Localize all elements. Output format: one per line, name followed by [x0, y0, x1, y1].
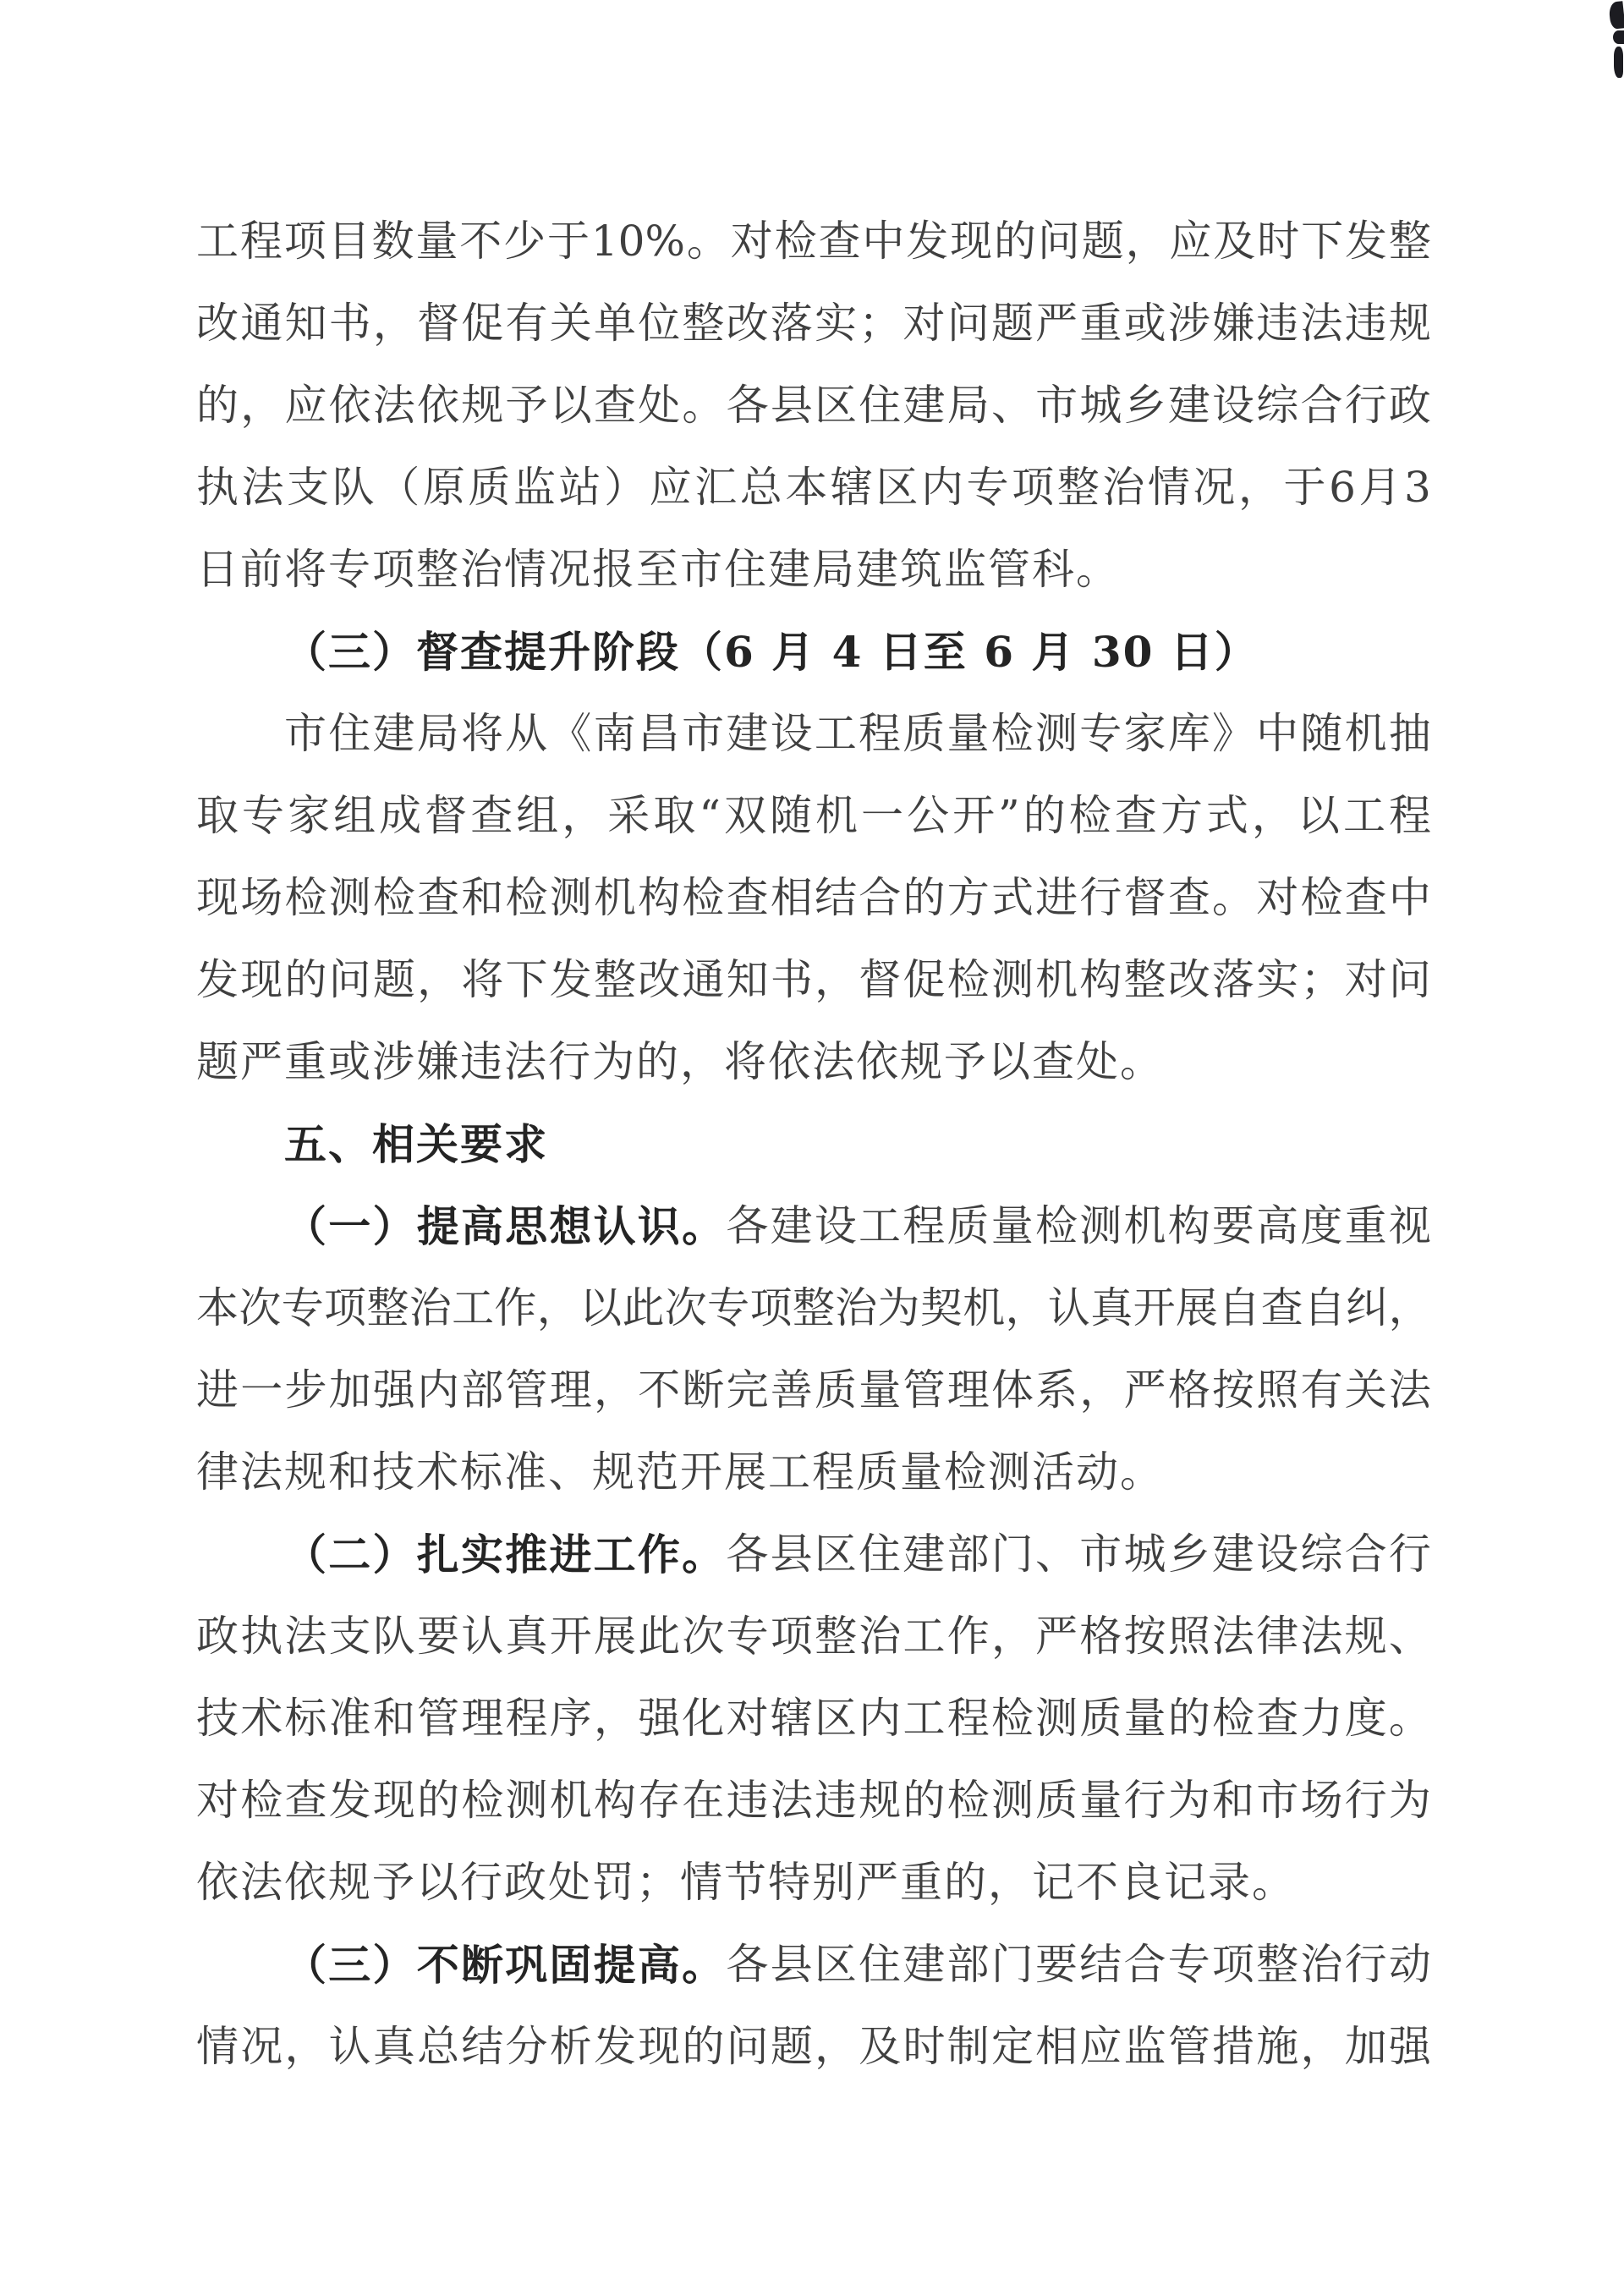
body-text-segment: 的 [196, 365, 239, 447]
body-text-segment: 的 [682, 2006, 724, 2088]
body-text-segment: 在 [682, 1760, 724, 1842]
body-text-segment: 律法规和技术标准、规范开展工程质量检测活动。 [196, 1447, 1164, 1497]
body-text-segment: 机 [1123, 1185, 1166, 1267]
ink-blob-icon [1613, 30, 1624, 44]
ink-smudge-artifact [1605, 0, 1624, 85]
body-text-segment: 通 [240, 283, 283, 365]
body-text-segment: 和 [1212, 1760, 1254, 1842]
body-text-segment: 项 [1012, 447, 1054, 529]
body-text-segment: （ [377, 447, 420, 529]
body-text-segment: 一 [861, 775, 903, 857]
body-text-segment: 项 [749, 1267, 792, 1349]
body-text-segment: 工 [1343, 775, 1385, 857]
body-text-segment: 管 [903, 1349, 946, 1431]
body-text-segment: 市 [1035, 365, 1078, 447]
body-text-segment: 高 [1256, 1185, 1298, 1267]
body-text-segment: 律 [1256, 1596, 1298, 1678]
body-text-segment: 查 [819, 200, 861, 283]
body-text-segment: 的 [1168, 1678, 1210, 1760]
body-text-segment: 将 [461, 939, 503, 1021]
body-text-segment: 要 [1035, 1924, 1078, 2006]
body-text-segment: 的 [994, 200, 1036, 283]
body-text-segment: 实 [815, 283, 857, 365]
body-text-segment: 中 [1256, 693, 1298, 775]
body-text-segment: 和 [461, 857, 503, 939]
body-text-segment: 量 [859, 1349, 901, 1431]
body-text-segment: 治 [859, 1596, 901, 1678]
body-text-segment: 县 [771, 365, 813, 447]
body-text-segment: ， [991, 1596, 1034, 1678]
body-text-segment: 题 [991, 283, 1034, 365]
body-text-segment: 住 [328, 693, 370, 775]
bold-text-segment: （ [284, 1924, 326, 2006]
body-text-segment: 善 [771, 1349, 813, 1431]
body-text-segment: 改 [638, 939, 680, 1021]
body-text-segment: 现 [196, 857, 239, 939]
text-line: （三）督查提升阶段（6 月 4 日至 6 月 30 日） [196, 611, 1431, 693]
body-text-segment: 此 [638, 1596, 680, 1678]
body-text-segment: 断 [682, 1349, 724, 1431]
body-text-segment: 违 [727, 1760, 769, 1842]
body-text-segment: 区 [815, 1678, 857, 1760]
body-text-segment: 机 [963, 1267, 1005, 1349]
body-text-segment: 对 [903, 283, 946, 365]
body-text-segment: 行 [1389, 1513, 1431, 1596]
body-text-segment: 题 [373, 939, 415, 1021]
body-text-segment: 查 [1261, 1267, 1303, 1349]
body-text-segment: 项 [284, 200, 326, 283]
body-text-segment: 质 [1035, 1760, 1078, 1842]
body-text-segment: 工 [815, 693, 857, 775]
body-text-segment: 关 [1345, 1349, 1387, 1431]
body-text-segment: 况 [1193, 447, 1235, 529]
body-text-segment: 取 [653, 775, 695, 857]
body-text-segment: 量 [1079, 1760, 1122, 1842]
body-text-segment: 测 [991, 939, 1034, 1021]
body-text-segment: 6 [1329, 447, 1356, 529]
body-text-segment: 一 [240, 1349, 283, 1431]
body-text-segment: 检 [373, 857, 415, 939]
body-text-segment: 此 [622, 1267, 664, 1349]
body-text-segment: 制 [947, 2006, 990, 2088]
body-text-segment: 支 [329, 1596, 371, 1678]
body-text-segment: 构 [638, 857, 680, 939]
body-text-segment: 对 [1345, 939, 1387, 1021]
body-text-segment: 纠 [1346, 1267, 1388, 1349]
body-text-segment: 量 [947, 693, 990, 775]
body-text-segment: 法 [242, 447, 284, 529]
body-text-segment: 行 [1124, 1760, 1166, 1842]
body-text-segment: 检 [240, 1760, 283, 1842]
bold-text-segment: 固 [549, 1924, 591, 2006]
body-text-segment: 发 [594, 2006, 636, 2088]
body-text-segment: 测 [1035, 693, 1078, 775]
body-text-segment: 强 [373, 1349, 415, 1431]
body-text-segment: 整 [1057, 447, 1100, 529]
body-text-segment: 题 [1082, 200, 1124, 283]
text-line: 政执法支队要认真开展此次专项整治工作，严格按照法律法规、 [196, 1596, 1431, 1678]
body-text-segment: 依 [417, 365, 459, 447]
body-text-segment: 管 [417, 1678, 459, 1760]
body-text-segment: 查 [284, 1760, 326, 1842]
body-text-segment: 题 [771, 2006, 813, 2088]
body-text-segment: 格 [1079, 1596, 1122, 1678]
body-text-segment: 公 [907, 775, 949, 857]
body-text-segment: 重 [1345, 1185, 1387, 1267]
body-text-segment: 检 [284, 857, 326, 939]
body-text-segment: ， [1238, 447, 1281, 529]
bold-text-segment: 。 [682, 1185, 724, 1267]
body-text-segment: 。 [1212, 857, 1254, 939]
body-text-segment: 检 [1212, 1678, 1254, 1760]
body-text-segment: 各 [726, 1513, 768, 1596]
body-text-segment: 行 [1079, 857, 1122, 939]
bold-text-segment: 二 [328, 1513, 370, 1596]
body-text-segment: 开 [1133, 1267, 1176, 1349]
bold-text-segment: 作 [638, 1513, 680, 1596]
body-text-segment: 情 [1148, 447, 1190, 529]
body-text-segment: 为 [1168, 1760, 1210, 1842]
body-text-segment: ， [373, 283, 415, 365]
body-text-segment: ， [284, 2006, 326, 2088]
body-text-segment: 程 [903, 1185, 945, 1267]
body-text-segment: 时 [903, 2006, 946, 2088]
body-text-segment: 支 [287, 447, 329, 529]
body-text-segment: 次 [239, 1267, 281, 1349]
body-text-segment: 项 [771, 1596, 813, 1678]
body-text-segment: 督 [859, 939, 901, 1021]
body-text-segment: 程 [506, 1678, 548, 1760]
text-line: 日前将专项整治情况报至市住建局建筑监管科。 [196, 529, 1431, 611]
body-text-segment: 查 [417, 857, 459, 939]
body-text-segment: 、 [991, 365, 1034, 447]
body-text-segment: 以 [550, 365, 592, 447]
body-text-segment: 问 [1389, 939, 1431, 1021]
body-text-segment: 专 [282, 1267, 324, 1349]
bold-text-segment: 高 [638, 1924, 680, 2006]
body-text-segment: 对 [727, 1678, 769, 1760]
body-text-segment: 结 [815, 857, 857, 939]
body-text-segment: 测 [506, 1760, 548, 1842]
text-line: 进一步加强内部管理，不断完善质量管理体系，严格按照有关法 [196, 1349, 1431, 1431]
body-text-segment: 相 [1035, 2006, 1078, 2088]
body-text-segment: 日前将专项整治情况报至市住建局建筑监管科。 [196, 545, 1120, 594]
body-text-segment: 力 [1300, 1678, 1342, 1760]
body-text-segment: 展 [1176, 1267, 1218, 1349]
body-text-segment: 书 [329, 283, 371, 365]
text-line: 本次专项整治工作，以此次专项整治为契机，认真开展自查自纠， [196, 1267, 1431, 1349]
body-text-segment: 强 [1389, 2006, 1431, 2088]
body-text-segment: 严 [1035, 283, 1078, 365]
body-text-segment: 建 [903, 1924, 945, 2006]
body-text-segment: 发 [329, 1760, 371, 1842]
body-text-segment: 违 [1345, 283, 1387, 365]
body-text-segment: 治 [1300, 1924, 1342, 2006]
body-text-segment: 目 [328, 200, 370, 283]
body-text-segment: 法 [373, 365, 415, 447]
body-text-segment: 时 [1257, 200, 1299, 283]
body-text-segment: 昌 [638, 693, 680, 775]
body-text-segment: 次 [665, 1267, 707, 1349]
body-text-segment: 汇 [694, 447, 737, 529]
body-text-segment: 质 [947, 1185, 990, 1267]
body-text-segment: 设 [1212, 365, 1254, 447]
body-text-segment: 数 [372, 200, 414, 283]
body-text-segment: 区 [815, 365, 857, 447]
body-text-segment: 。 [1389, 1678, 1431, 1760]
body-text-segment: 监 [513, 447, 556, 529]
body-text-segment: 测 [991, 1760, 1034, 1842]
body-text-segment: 本 [785, 447, 827, 529]
body-text-segment: 自 [1218, 1267, 1260, 1349]
body-text-segment: 现 [240, 939, 283, 1021]
body-text-segment: 队 [373, 1596, 415, 1678]
text-line: 技术标准和管理程序，强化对辖区内工程检测质量的检查力度。 [196, 1678, 1431, 1760]
body-text-segment: 结 [1079, 1924, 1122, 2006]
text-line: 五、相关要求 [196, 1103, 1431, 1185]
bold-text-segment: 三 [328, 1924, 370, 2006]
body-text-segment: 法 [284, 1596, 326, 1678]
body-text-segment: 局 [417, 693, 459, 775]
body-text-segment: 机 [815, 775, 858, 857]
body-text-segment: 格 [1168, 1349, 1210, 1431]
body-text-segment: 质 [1079, 1678, 1122, 1760]
body-text-segment: 政 [1389, 365, 1431, 447]
bold-text-segment: 断 [461, 1924, 503, 2006]
body-text-segment: 南 [594, 693, 636, 775]
body-text-segment: 构 [1168, 1185, 1210, 1267]
body-text-segment: 建 [726, 693, 768, 775]
body-text-segment: 管 [506, 1349, 548, 1431]
body-text-segment: 辖 [831, 447, 873, 529]
body-text-segment: 家 [1123, 693, 1166, 775]
body-text-segment: 步 [284, 1349, 326, 1431]
body-text-segment: 以 [579, 1267, 622, 1349]
body-text-segment: 总 [417, 2006, 459, 2088]
body-text-segment: 行 [1345, 1760, 1387, 1842]
body-text-segment: 规 [461, 365, 503, 447]
body-text-segment: 质 [815, 1349, 857, 1431]
body-text-segment: 程 [240, 200, 283, 283]
body-text-segment: 的 [903, 1760, 946, 1842]
text-line: （三）不断巩固提高。各县区住建部门要结合专项整治行动 [196, 1924, 1431, 2006]
body-text-segment: 标 [284, 1678, 326, 1760]
body-text-segment: 检 [461, 1760, 503, 1842]
bold-text-segment: 一 [328, 1185, 370, 1267]
bold-text-segment: 思 [505, 1185, 547, 1267]
body-text-segment: 式 [991, 857, 1034, 939]
body-text-segment: 况 [240, 2006, 283, 2088]
body-text-segment: 对 [196, 1760, 239, 1842]
body-text-segment: 设 [1256, 1513, 1298, 1596]
bold-text-segment: （三）督查提升阶段（6 月 4 日至 6 月 30 日） [284, 627, 1259, 677]
body-text-segment: 场 [1300, 1760, 1342, 1842]
body-text-segment: ， [1389, 1267, 1431, 1349]
body-text-segment: ， [815, 2006, 857, 2088]
body-text-segment: 10% [591, 200, 685, 283]
body-text-segment: 法 [1300, 1596, 1342, 1678]
bold-text-segment: 认 [594, 1185, 636, 1267]
body-text-segment: 城 [1123, 1513, 1166, 1596]
body-text-segment: 度 [1300, 1185, 1342, 1267]
body-text-segment: 项 [324, 1267, 366, 1349]
body-text-segment: 加 [329, 1349, 371, 1431]
body-text-segment: 准 [329, 1678, 371, 1760]
body-text-segment: 严 [1035, 1596, 1078, 1678]
body-text-segment: 改 [196, 283, 239, 365]
body-text-segment: 完 [727, 1349, 769, 1431]
body-text-segment: 质 [468, 447, 510, 529]
body-text-segment: 方 [947, 857, 990, 939]
body-text-segment: 区 [875, 447, 918, 529]
body-text-segment: 认 [1048, 1267, 1090, 1349]
body-text-segment: 检 [991, 1678, 1034, 1760]
body-text-segment: 程 [1389, 775, 1431, 857]
body-text-segment: 中 [1389, 857, 1431, 939]
body-text-segment: 市 [1256, 1760, 1298, 1842]
body-text-segment: 法 [1300, 283, 1342, 365]
body-text-segment: ； [859, 283, 901, 365]
body-text-segment: ， [417, 939, 459, 1021]
body-text-segment: 综 [1300, 1513, 1342, 1596]
body-text-segment: 督 [425, 775, 467, 857]
body-text-segment: 理 [947, 1349, 990, 1431]
body-text-segment: 真 [373, 2006, 415, 2088]
body-text-segment: 》 [1212, 693, 1254, 775]
text-line: 的，应依法依规予以查处。各县区住建局、市城乡建设综合行政 [196, 365, 1431, 447]
body-text-segment: 问 [947, 283, 990, 365]
body-text-segment: 促 [903, 939, 946, 1021]
body-text-segment: 实 [1256, 939, 1298, 1021]
body-text-segment: 总 [740, 447, 782, 529]
body-text-segment: 场 [240, 857, 283, 939]
body-text-segment: 内 [859, 1678, 901, 1760]
body-text-segment: 重 [1079, 283, 1122, 365]
body-text-segment: 合 [1345, 1513, 1387, 1596]
body-text-segment: 作 [494, 1267, 536, 1349]
body-text-segment: 监 [1124, 2006, 1166, 2088]
body-text-segment: 通 [682, 939, 724, 1021]
body-text-segment: 治 [1102, 447, 1144, 529]
body-text-segment: 现 [373, 1760, 415, 1842]
body-text-segment: 及 [859, 2006, 901, 2088]
body-text-segment: 行 [1345, 365, 1387, 447]
body-text-segment: 测 [329, 857, 371, 939]
body-text-segment: ， [594, 1349, 636, 1431]
text-line: （二）扎实推进工作。各县区住建部门、市城乡建设综合行 [196, 1513, 1431, 1596]
body-text-segment: 部 [947, 1924, 990, 2006]
text-line: 改通知书，督促有关单位整改落实；对问题严重或涉嫌违法违规 [196, 283, 1431, 365]
bold-text-segment: 高 [461, 1185, 503, 1267]
body-text-segment: ， [594, 1678, 636, 1760]
body-text-segment: 建 [1168, 365, 1210, 447]
body-text-segment: 查 [1168, 857, 1210, 939]
body-text-segment: 专 [967, 447, 1009, 529]
body-text-segment: 应 [1170, 200, 1212, 283]
body-text-segment: 整 [366, 1267, 409, 1349]
body-text-segment: ， [1079, 1349, 1122, 1431]
body-text-segment: 检 [506, 857, 548, 939]
body-text-segment: 部 [461, 1349, 503, 1431]
body-text-segment: 建 [903, 365, 946, 447]
ink-blob-icon [1608, 1, 1624, 30]
body-text-segment: “ [699, 775, 721, 857]
bold-text-segment: 扎 [417, 1513, 459, 1596]
body-text-segment: 现 [638, 2006, 680, 2088]
body-text-segment: 和 [373, 1678, 415, 1760]
body-text-segment: 库 [1168, 693, 1210, 775]
text-line: 取专家组成督查组，采取“双随机一公开”的检查方式，以工程 [196, 775, 1431, 857]
bold-text-segment: 不 [417, 1924, 459, 2006]
body-text-segment: 查 [727, 857, 769, 939]
body-text-segment: 检 [1035, 1185, 1078, 1267]
bold-text-segment: ） [372, 1924, 414, 2006]
body-text-segment: 本 [196, 1267, 239, 1349]
body-text-segment: 辖 [771, 1678, 813, 1760]
body-text-segment: 合 [1123, 1924, 1166, 2006]
body-text-segment: ， [1126, 200, 1168, 283]
body-text-segment: 照 [1256, 1349, 1298, 1431]
body-text-segment: 检 [947, 939, 990, 1021]
body-text-segment: 析 [550, 2006, 592, 2088]
body-text-segment: 开 [550, 1596, 592, 1678]
body-text-segment: 月 [1358, 447, 1401, 529]
text-line: 工程项目数量不少于10%。对检查中发现的问题，应及时下发整 [196, 200, 1431, 283]
body-text-segment: 量 [991, 1185, 1034, 1267]
body-text-segment: 双 [724, 775, 766, 857]
body-text-segment: 法 [1212, 1596, 1254, 1678]
body-text-segment: 检 [682, 857, 724, 939]
body-text-segment: 检 [775, 200, 817, 283]
body-text-segment: ， [815, 939, 857, 1021]
body-text-segment: 机 [1345, 693, 1387, 775]
body-text-segment: 查 [470, 775, 513, 857]
body-text-segment: 城 [1079, 365, 1122, 447]
body-text-segment: 下 [1301, 200, 1343, 283]
body-text-segment: 住 [859, 1513, 901, 1596]
body-text-segment: 县 [771, 1924, 813, 2006]
body-text-segment: 站 [559, 447, 601, 529]
body-text-segment: 位 [638, 283, 680, 365]
body-text-segment: 随 [1300, 693, 1342, 775]
body-text-segment: 局 [947, 365, 990, 447]
body-text-segment: 题严重或涉嫌违法行为的，将依法依规予以查处。 [196, 1037, 1164, 1086]
body-text-segment: 门 [991, 1924, 1034, 2006]
body-text-segment: 整 [1124, 939, 1166, 1021]
body-text-segment: 于 [1284, 447, 1326, 529]
body-text-segment: 要 [1212, 1185, 1254, 1267]
body-text-segment: 、 [1389, 1596, 1431, 1678]
body-text-segment: 嫌 [1212, 283, 1254, 365]
body-text-segment: 为 [878, 1267, 920, 1349]
body-text-segment: 专 [242, 775, 284, 857]
bold-text-segment: 想 [549, 1185, 591, 1267]
body-text-segment: 严 [1124, 1349, 1166, 1431]
body-text-segment: 序 [550, 1678, 592, 1760]
body-text-segment: 发 [906, 200, 948, 283]
body-text-segment: 各 [726, 1185, 768, 1267]
bold-text-segment: 五、相关要求 [284, 1119, 548, 1169]
body-text-segment: 乡 [1168, 1513, 1210, 1596]
body-text-segment: 执 [240, 1596, 283, 1678]
body-text-segment: 查 [1115, 775, 1157, 857]
body-text-segment: 队 [332, 447, 375, 529]
body-text-segment: 或 [1124, 283, 1166, 365]
bold-text-segment: 实 [461, 1513, 503, 1596]
body-text-segment: 按 [1212, 1349, 1254, 1431]
body-text-segment: 改 [1168, 939, 1210, 1021]
bold-text-segment: （ [284, 1185, 326, 1267]
